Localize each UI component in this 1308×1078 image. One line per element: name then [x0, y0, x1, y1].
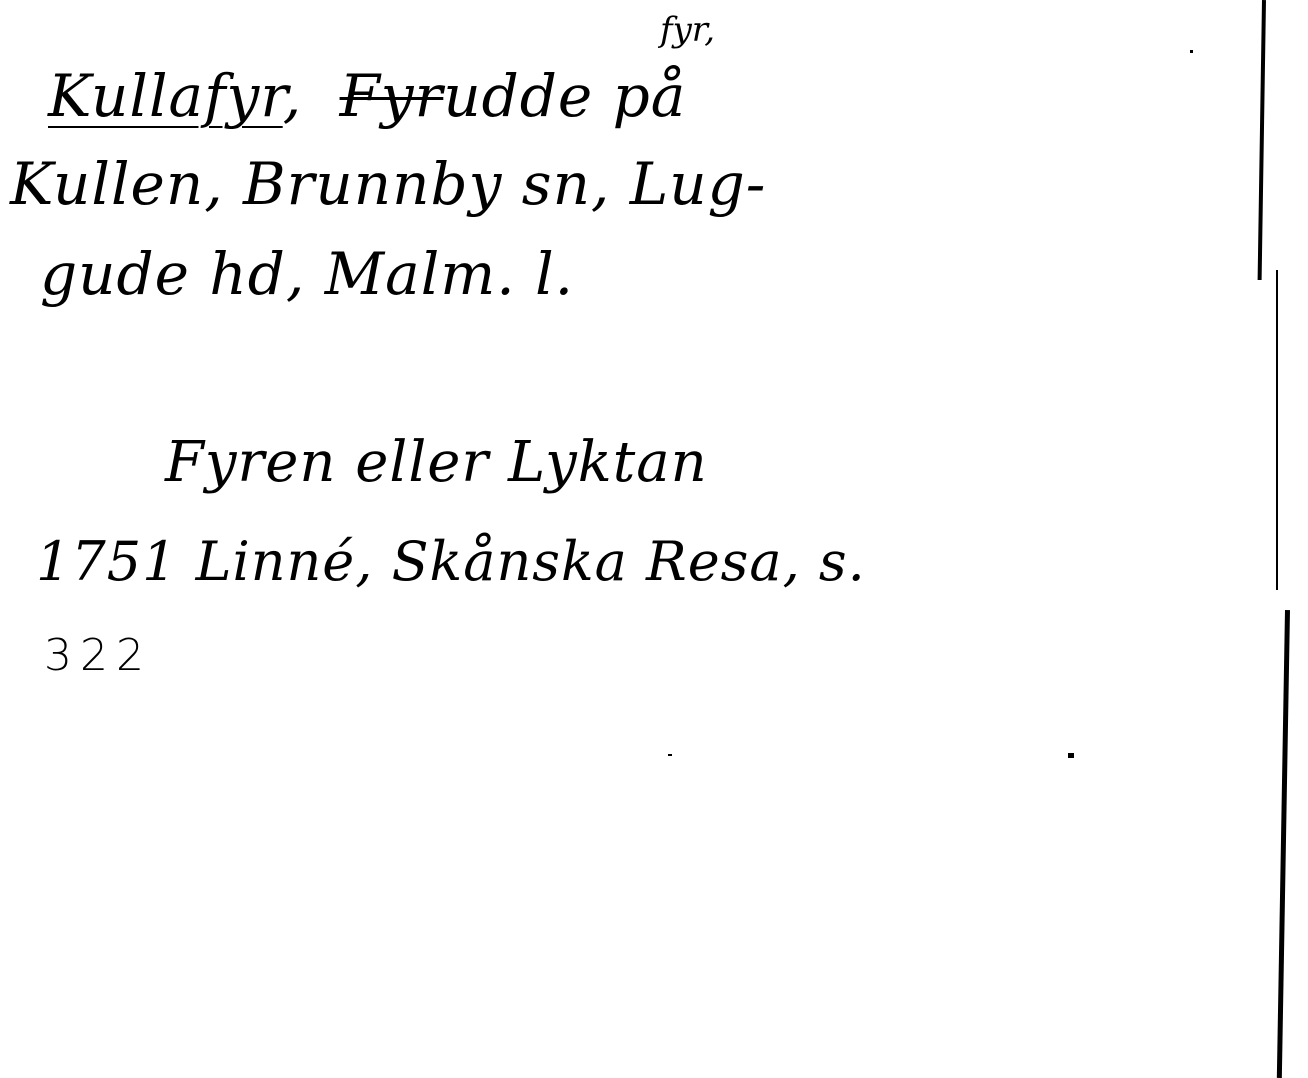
page-number: 322: [44, 630, 152, 681]
headword: Kullafyr: [48, 62, 283, 130]
citation-line: 1751 Linné, Skånska Resa, s.: [36, 530, 866, 593]
line-2: Kullen, Brunnby sn, Lug-: [10, 150, 766, 218]
ink-speck: [668, 754, 672, 756]
inserted-correction: fyr,: [660, 10, 715, 50]
card-edge-line: [1277, 610, 1290, 1078]
comma: ,: [283, 62, 322, 130]
card-edge-line: [1258, 0, 1266, 280]
line-1-rest: udde på: [443, 62, 686, 130]
archive-card: fyr, Kullafyr, Fyrudde på Kullen, Brunnb…: [0, 0, 1308, 1078]
line-3: gude hd, Malm. l.: [40, 240, 574, 308]
ink-speck: [1068, 753, 1074, 758]
subtitle-line: Fyren eller Lyktan: [165, 430, 708, 495]
line-1: Kullafyr, Fyrudde på: [48, 62, 686, 130]
ink-speck: [1190, 50, 1193, 53]
struck-word: Fyr: [340, 62, 444, 130]
card-edge-line: [1276, 270, 1278, 590]
